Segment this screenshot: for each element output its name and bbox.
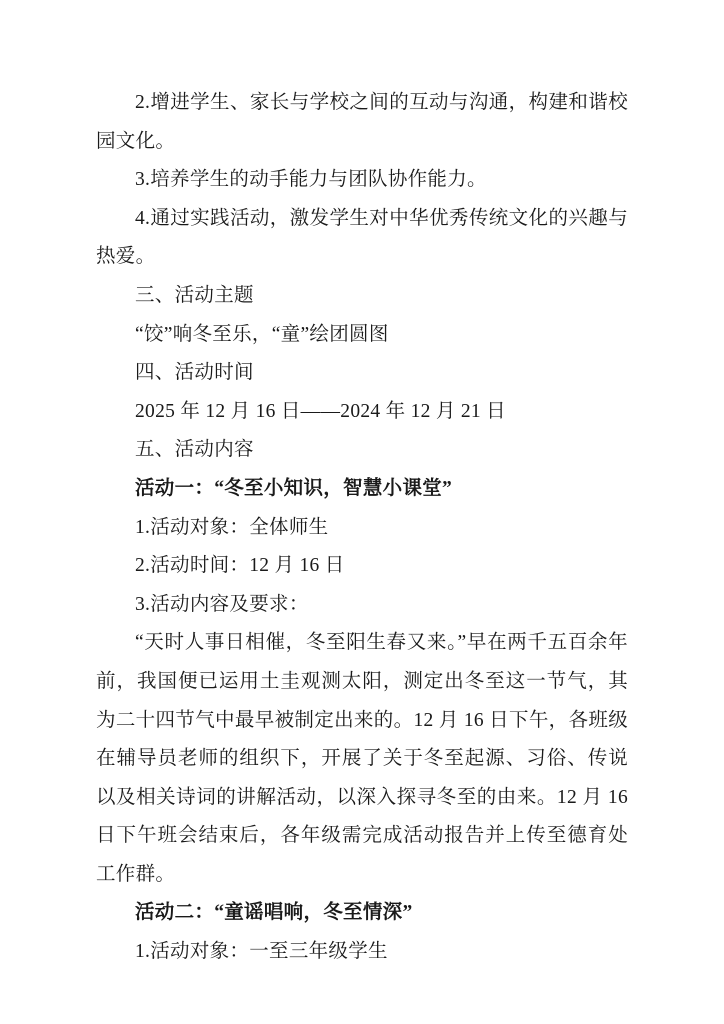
paragraph-goal-2: 2.增进学生、家长与学校之间的互动与沟通，构建和谐校园文化。	[96, 84, 628, 161]
subheading-activity-one: 活动一：“冬至小知识，智慧小课堂”	[96, 470, 628, 509]
paragraph-activity-two-audience: 1.活动对象：一至三年级学生	[96, 933, 628, 972]
paragraph-activity-one-time: 2.活动时间：12 月 16 日	[96, 547, 628, 586]
document-content: 2.增进学生、家长与学校之间的互动与沟通，构建和谐校园文化。 3.培养学生的动手…	[96, 84, 628, 972]
paragraph-activity-one-requirements-label: 3.活动内容及要求：	[96, 586, 628, 625]
paragraph-goal-3: 3.培养学生的动手能力与团队协作能力。	[96, 161, 628, 200]
section-heading-activity-content: 五、活动内容	[96, 431, 628, 470]
document-page: 2.增进学生、家长与学校之间的互动与沟通，构建和谐校园文化。 3.培养学生的动手…	[0, 0, 724, 1024]
paragraph-activity-one-audience: 1.活动对象：全体师生	[96, 509, 628, 548]
paragraph-theme-slogan: “饺”响冬至乐，“童”绘团圆图	[96, 316, 628, 355]
paragraph-goal-4: 4.通过实践活动，激发学生对中华优秀传统文化的兴趣与热爱。	[96, 200, 628, 277]
paragraph-activity-dates: 2025 年 12 月 16 日——2024 年 12 月 21 日	[96, 393, 628, 432]
section-heading-activity-time: 四、活动时间	[96, 354, 628, 393]
section-heading-activity-theme: 三、活动主题	[96, 277, 628, 316]
subheading-activity-two: 活动二：“童谣唱响，冬至情深”	[96, 894, 628, 933]
paragraph-activity-one-description: “天时人事日相催，冬至阳生春又来。”早在两千五百余年前，我国便已运用土圭观测太阳…	[96, 624, 628, 894]
